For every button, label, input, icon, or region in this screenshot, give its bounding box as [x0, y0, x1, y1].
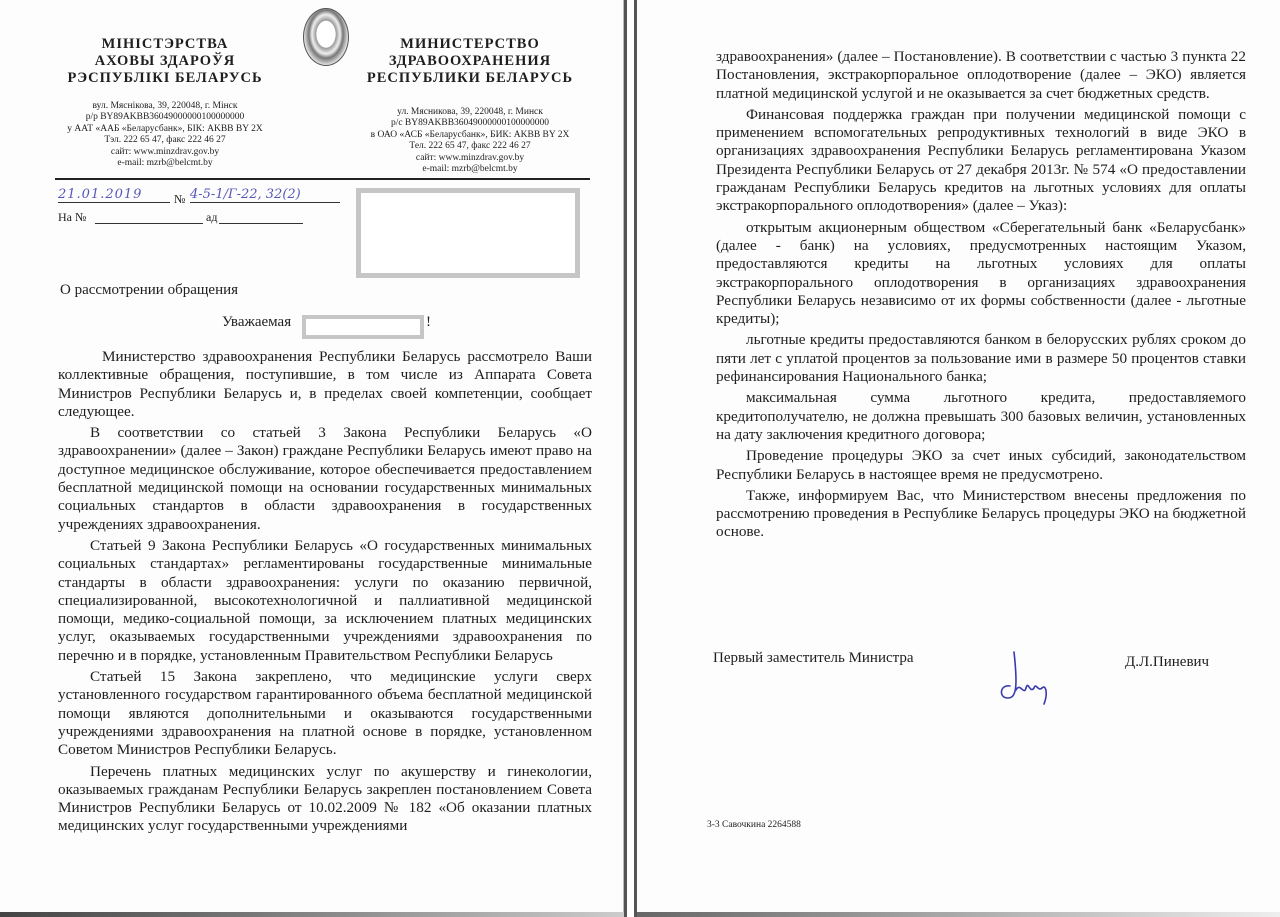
coat-of-arms-icon	[303, 8, 349, 66]
title-line: МИНИСТЕРСТВО	[355, 36, 585, 53]
page-1-edge	[0, 912, 624, 917]
salutation-exclamation: !	[426, 314, 431, 331]
address-line: р/с BY89AKBB36049000000100000000	[355, 118, 585, 129]
salutation: Уважаемая	[222, 314, 291, 331]
title-line: АХОВЫ ЗДАРОЎЯ	[60, 53, 270, 70]
paragraph: Министерство здравоохранения Республики …	[58, 348, 592, 421]
address-line: сайт: www.minzdrav.gov.by	[60, 147, 270, 158]
letter-body-page-2: здравоохранения» (далее – Постановление)…	[716, 48, 1246, 545]
registration-date: 21.01.2019	[58, 187, 170, 203]
address-line: у ААТ «ААБ «Беларусбанк», БІК: AKBB BY 2…	[60, 124, 270, 135]
reference-ad-label: ад	[206, 210, 217, 225]
paragraph: максимальная сумма льготного кредита, пр…	[716, 389, 1246, 444]
redacted-recipient-name	[302, 315, 424, 339]
paragraph: Финансовая поддержка граждан при получен…	[716, 106, 1246, 216]
title-line: РЕСПУБЛИКИ БЕЛАРУСЬ	[355, 70, 585, 87]
letterhead-address-ru: ул. Мясникова, 39, 220048, г. Минск р/с …	[355, 107, 585, 175]
page-2-edge	[637, 912, 1280, 917]
letterhead-title-be: МІНІСТЭРСТВА АХОВЫ ЗДАРОЎЯ РЭСПУБЛІКІ БЕ…	[60, 36, 270, 87]
reference-blank	[95, 210, 203, 224]
address-line: Тэл. 222 65 47, факс 222 46 27	[60, 135, 270, 146]
letterhead-address-be: вул. Мяснікова, 39, 220048, г. Мінск р/р…	[60, 101, 270, 169]
letterhead-title-ru: МИНИСТЕРСТВО ЗДРАВООХРАНЕНИЯ РЕСПУБЛИКИ …	[355, 36, 585, 87]
paragraph: Статьей 15 Закона закреплено, что медици…	[58, 668, 592, 759]
executor-note: 3-3 Савочкина 2264588	[707, 820, 801, 830]
redacted-recipient-address	[356, 188, 580, 278]
registration-number-label: №	[174, 192, 185, 207]
address-line: Тел. 222 65 47, факс 222 46 27	[355, 141, 585, 152]
handwritten-signature-icon	[992, 648, 1062, 708]
title-line: МІНІСТЭРСТВА	[60, 36, 270, 53]
letterhead-russian: МИНИСТЕРСТВО ЗДРАВООХРАНЕНИЯ РЕСПУБЛИКИ …	[355, 36, 585, 175]
address-line: ул. Мясникова, 39, 220048, г. Минск	[355, 107, 585, 118]
paragraph: Проведение процедуры ЭКО за счет иных су…	[716, 447, 1246, 484]
paragraph: В соответствии со статьей 3 Закона Респу…	[58, 424, 592, 534]
address-line: сайт: www.minzdrav.gov.by	[355, 153, 585, 164]
signatory-position: Первый заместитель Министра	[713, 650, 914, 667]
address-line: e-mail: mzrb@belcmt.by	[355, 164, 585, 175]
paragraph: здравоохранения» (далее – Постановление)…	[716, 48, 1246, 103]
reference-ad-blank	[219, 210, 303, 224]
subject-line: О рассмотрении обращения	[60, 282, 238, 299]
letterhead-belarusian: МІНІСТЭРСТВА АХОВЫ ЗДАРОЎЯ РЭСПУБЛІКІ БЕ…	[60, 36, 270, 169]
paragraph: открытым акционерным обществом «Сберегат…	[716, 219, 1246, 329]
address-line: e-mail: mzrb@belcmt.by	[60, 158, 270, 169]
letterhead-divider	[55, 178, 590, 180]
signatory-name: Д.Л.Пиневич	[1125, 654, 1209, 671]
address-line: вул. Мяснікова, 39, 220048, г. Мінск	[60, 101, 270, 112]
paragraph: льготные кредиты предоставляются банком …	[716, 331, 1246, 386]
title-line: РЭСПУБЛІКІ БЕЛАРУСЬ	[60, 70, 270, 87]
registration-number: 4-5-1/Г-22, 32(2)	[190, 187, 340, 203]
address-line: р/р BY89AKBB36049000000100000000	[60, 112, 270, 123]
paragraph: Статьей 9 Закона Республики Беларусь «О …	[58, 537, 592, 665]
paragraph: Также, информируем Вас, что Министерство…	[716, 487, 1246, 542]
reference-label: На №	[58, 210, 86, 225]
letter-body-page-1: Министерство здравоохранения Республики …	[58, 348, 592, 839]
title-line: ЗДРАВООХРАНЕНИЯ	[355, 53, 585, 70]
paragraph: Перечень платных медицинских услуг по ак…	[58, 763, 592, 836]
address-line: в ОАО «АСБ «Беларусбанк», БИК: AKBB BY 2…	[355, 130, 585, 141]
